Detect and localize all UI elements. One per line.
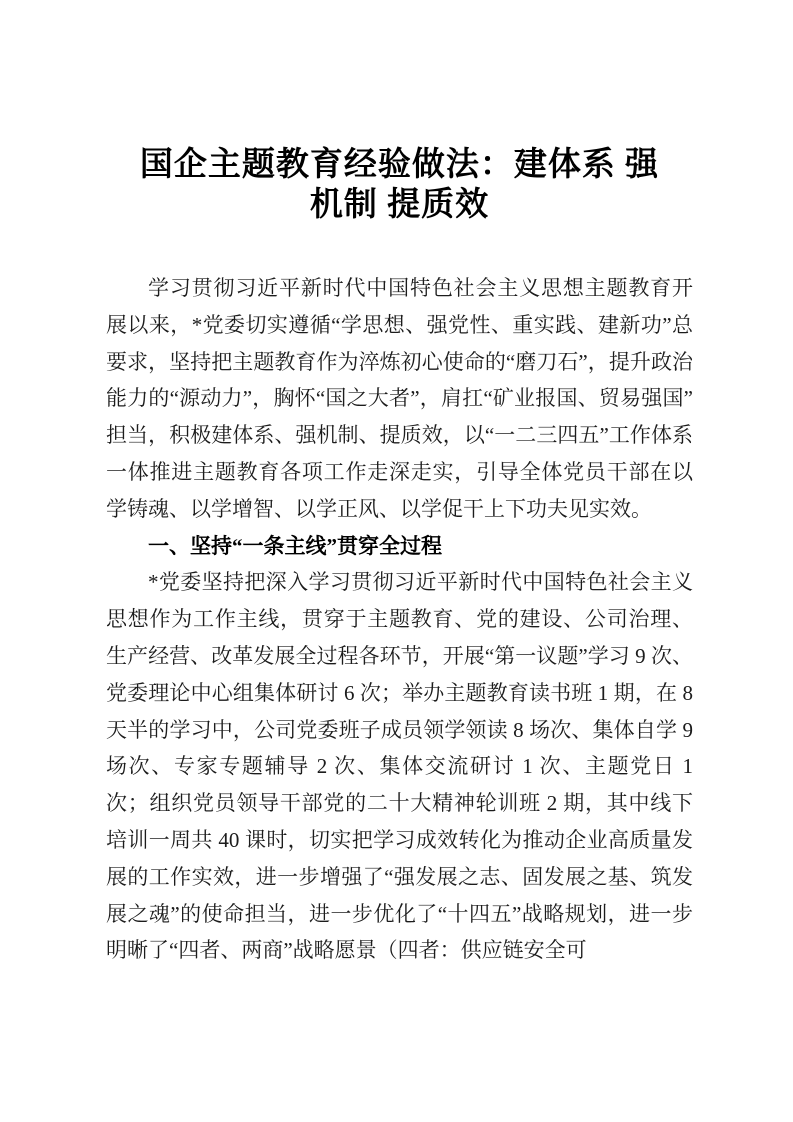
document-page: 国企主题教育经验做法：建体系 强 机制 提质效 学习贯彻习近平新时代中国特色社会… [0,0,793,1122]
document-title-line-1: 国企主题教育经验做法：建体系 强 [106,145,693,185]
document-title: 国企主题教育经验做法：建体系 强 机制 提质效 [106,145,693,225]
document-title-line-2: 机制 提质效 [106,185,693,225]
section-heading-1: 一、坚持“一条主线”贯穿全过程 [106,528,693,565]
paragraph-intro: 学习贯彻习近平新时代中国特色社会主义思想主题教育开展以来，*党委切实遵循“学思想… [106,270,693,528]
paragraph-section-1-body: *党委坚持把深入学习贯彻习近平新时代中国特色社会主义思想作为工作主线，贯穿于主题… [106,564,693,969]
